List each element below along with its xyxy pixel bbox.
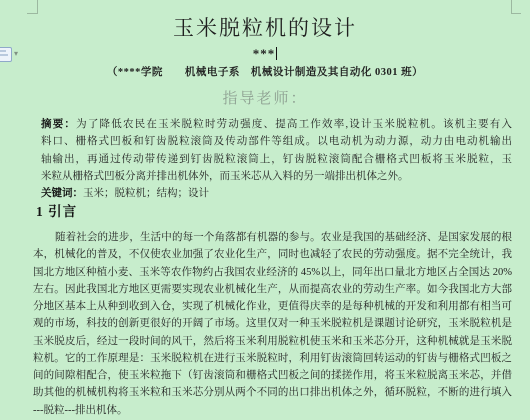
abstract-lines: 料口、栅格式凹板和钉齿脱粒滚筒及传动部件等组成。以电动机为动力源，动力由电动机输… bbox=[41, 133, 512, 185]
text-line: 玉米脱皮后，经过一段时间的风干，然后将玉米利用脱粒机使玉米和玉米芯分开，这种机械… bbox=[33, 333, 512, 350]
keywords-text: 玉米；脱粒机；结构；设计 bbox=[83, 188, 209, 199]
text-line: 间的间隙相配合，使玉米粒拖下（钉齿滚筒和栅格式凹板之间的揉搓作用，将玉米粒脱离玉… bbox=[33, 367, 512, 384]
abstract-first-line-text: 为了降低农民在玉米脱粒时劳动强度、提高工作效率,设计玉米脱粒机。该机主要有入 bbox=[76, 119, 512, 130]
text-cursor bbox=[276, 47, 277, 60]
text-line: 随着社会的进步，生活中的每一个角落都有机器的参与。农业是我国的基础经济、是国家发… bbox=[33, 229, 512, 246]
author-line[interactable]: *** bbox=[0, 46, 530, 62]
keywords-line: 关键词：玉米；脱粒机；结构；设计 bbox=[41, 185, 512, 202]
abstract-block: 摘要：为了降低农民在玉米脱粒时劳动强度、提高工作效率,设计玉米脱粒机。该机主要有… bbox=[41, 116, 512, 202]
document-page: ▾ 玉米脱粒机的设计 *** （****学院 机械电子系 机械设计制造及其自动化… bbox=[0, 0, 530, 420]
text-line: 国北方地区种植小麦、玉米等农作物约占我国农业经济的 45%以上，同年出口量北方地… bbox=[33, 264, 512, 281]
text-line: 料口、栅格式凹板和钉齿脱粒滚筒及传动部件等组成。以电动机为动力源，动力由电动机输… bbox=[41, 133, 512, 150]
text-line: 粒机。它的工作原理是：玉米脱粒机在进行玉米脱粒时，利用钉齿滚筒回转运动的钉齿与栅… bbox=[33, 350, 512, 367]
text-line: ---脱粒---排出机体。 bbox=[33, 402, 512, 419]
section-heading-intro: 1 引言 bbox=[36, 200, 77, 220]
text-line: 分地区基本上从种到收到入仓，实现了机械化作业，更值得庆幸的是每种机械的开发和利用… bbox=[33, 298, 512, 315]
text-line: 本，机械化的普及，不仅使农业加强了农业化生产，同时也减轻了农民的劳动强度。据不完… bbox=[33, 246, 512, 263]
author-stars: *** bbox=[253, 46, 276, 61]
keywords-label: 关键词： bbox=[41, 188, 83, 199]
instructor-label: 指导老师： bbox=[0, 87, 530, 108]
text-line: 轴输出，再通过传动带传递到钉齿脱粒滚筒上，钉齿脱粒滚筒配合栅格式凹板将玉米脱粒，… bbox=[41, 151, 512, 168]
text-line: 观的市场，科技的创新更很好的开阔了市场。这里仅对一种玉米脱粒机是课题讨论研究，玉… bbox=[33, 315, 512, 332]
text-line: 米粒从栅格式凹板分离并排出机体外，而玉米芯从入料的另一端排出机体之外。 bbox=[41, 168, 512, 185]
abstract-first-line: 摘要：为了降低农民在玉米脱粒时劳动强度、提高工作效率,设计玉米脱粒机。该机主要有… bbox=[41, 116, 512, 133]
text-line: 左右。因此我国北方地区更需要实现农业机械化生产，从而提高农业的劳动生产率。如今我… bbox=[33, 281, 512, 298]
intro-paragraph: 随着社会的进步，生活中的每一个角落都有机器的参与。农业是我国的基础经济、是国家发… bbox=[33, 229, 512, 419]
abstract-label: 摘要： bbox=[41, 119, 76, 130]
byline: （****学院 机械电子系 机械设计制造及其自动化 0301 班） bbox=[0, 64, 530, 79]
page-title: 玉米脱粒机的设计 bbox=[0, 12, 530, 42]
text-line: 助其他的机械机构将玉米粒和玉米芯分别从两个不同的出口排出机体之外，循环脱粒，不断… bbox=[33, 384, 512, 401]
intro-lines: 随着社会的进步，生活中的每一个角落都有机器的参与。农业是我国的基础经济、是国家发… bbox=[33, 229, 512, 419]
